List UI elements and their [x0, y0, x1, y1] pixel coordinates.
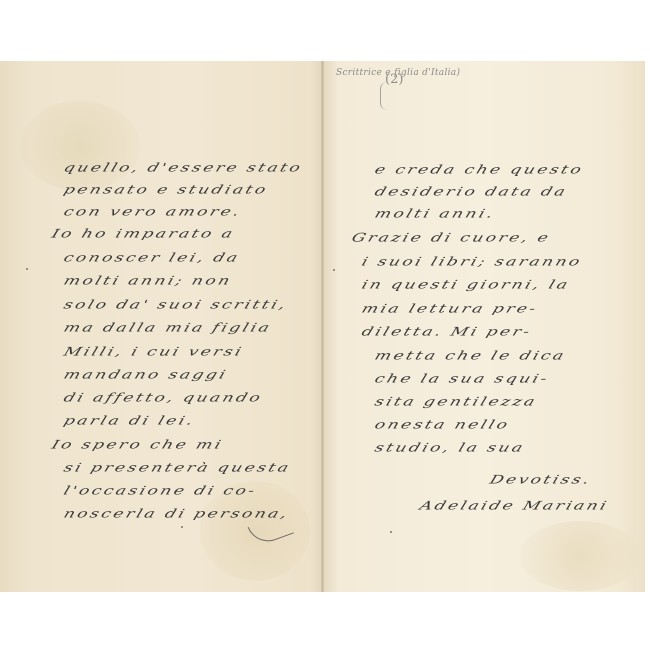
- right-line-4: Grazie di cuore, e: [349, 230, 552, 245]
- left-line-10: mandano saggi: [61, 367, 229, 382]
- ink-speck: [181, 526, 183, 528]
- right-line-3: molti anni.: [372, 206, 497, 221]
- right-line-12: onesta nello: [372, 417, 511, 432]
- left-line-15: l'occasione di co-: [61, 483, 259, 498]
- left-line-11: di affetto, quando: [61, 390, 264, 405]
- folio-number: (2): [385, 72, 403, 87]
- right-line-2: desiderio data da: [372, 184, 569, 199]
- left-line-3: con vero amore.: [61, 204, 243, 219]
- signature: Adelaide Mariani: [417, 498, 610, 513]
- paper-stain: [20, 101, 140, 191]
- left-line-2: pensato e studiato: [61, 182, 270, 197]
- left-line-5: conoscer lei, da: [61, 250, 242, 265]
- paper-stain: [520, 521, 640, 591]
- left-line-1: quello, d'essere stato: [61, 160, 304, 175]
- right-line-8: diletta. Mi per-: [359, 324, 533, 339]
- right-line-6: in questi giorni, la: [359, 277, 572, 292]
- right-line-10: che la sua squi-: [372, 371, 551, 386]
- left-line-9: Milli, i cui versi: [61, 344, 245, 359]
- right-line-9: metta che le dica: [372, 348, 568, 363]
- letter-sheet: Scrittrice e figlia d'Italia) (2) quello…: [0, 61, 645, 592]
- closing-salutation: Devotiss.: [487, 472, 593, 487]
- left-line-12: parla di lei.: [61, 413, 197, 428]
- right-line-5: i suoi libri; saranno: [359, 254, 584, 269]
- left-line-16: noscerla di persona,: [61, 506, 291, 521]
- ink-speck: [333, 269, 335, 271]
- page-fold: [321, 61, 324, 592]
- ink-speck: [390, 531, 392, 533]
- left-line-6: molti anni; non: [61, 273, 234, 288]
- left-line-8: ma dalla mia figlia: [61, 320, 273, 335]
- left-line-13: Io spero che mi: [49, 437, 225, 452]
- scan-canvas: Scrittrice e figlia d'Italia) (2) quello…: [0, 0, 650, 650]
- left-line-7: solo da' suoi scritti,: [61, 297, 289, 312]
- right-line-11: sita gentilezza: [372, 394, 539, 409]
- right-line-1: e creda che questo: [372, 162, 585, 177]
- left-line-4: Io ho imparato a: [49, 226, 236, 241]
- ink-speck: [26, 268, 28, 270]
- left-line-14: si presenterà questa: [61, 460, 293, 475]
- right-line-13: studio, la sua: [372, 440, 527, 455]
- right-line-7: mia lettura pre-: [359, 301, 540, 316]
